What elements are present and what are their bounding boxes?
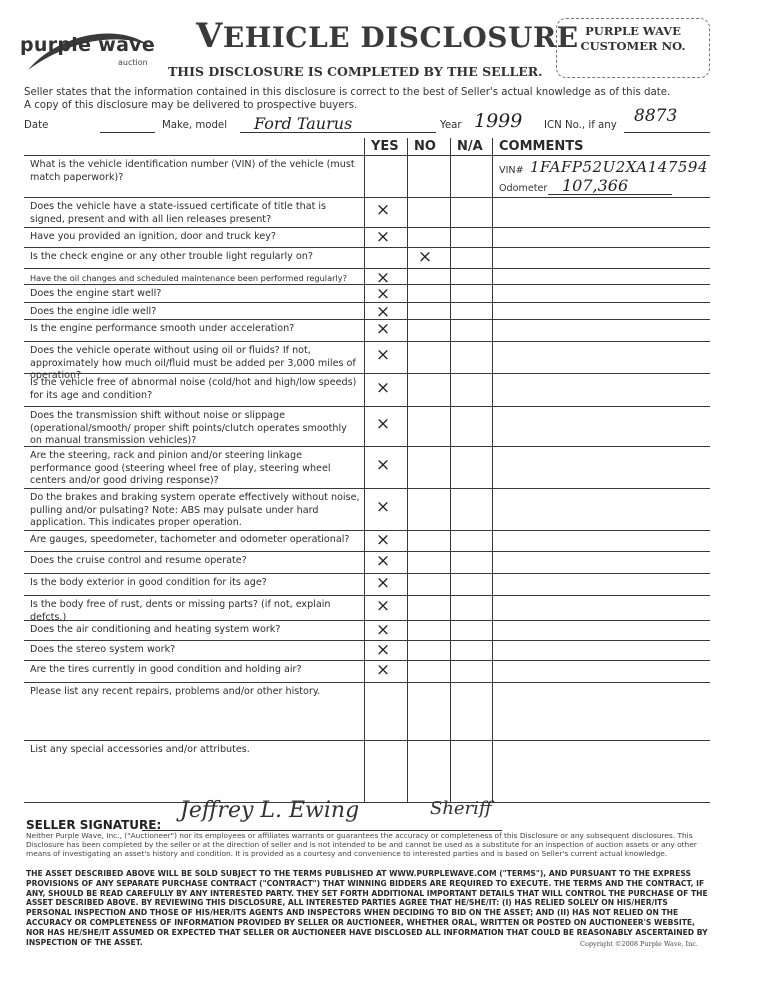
- row-divider: [24, 341, 710, 342]
- table-row-question: Please list any recent repairs, problems…: [30, 686, 360, 699]
- checkmark-yes[interactable]: ×: [368, 378, 398, 398]
- table-row-question: Does the engine start well?: [30, 288, 360, 301]
- checkmark-yes[interactable]: ×: [368, 640, 398, 660]
- checkmark-yes[interactable]: ×: [368, 660, 398, 680]
- checkmark-yes[interactable]: ×: [368, 573, 398, 593]
- row-divider: [24, 319, 710, 320]
- table-row-question: Does the vehicle have a state-issued cer…: [30, 201, 360, 226]
- table-row-question: Does the stereo system work?: [30, 644, 360, 657]
- table-row-question: Are gauges, speedometer, tachometer and …: [30, 534, 360, 547]
- table-row-question: Is the check engine or any other trouble…: [30, 251, 360, 264]
- row-divider: [24, 551, 710, 552]
- table-row-question: Does the cruise control and resume opera…: [30, 555, 360, 568]
- checkmark-yes[interactable]: ×: [368, 319, 398, 339]
- row-divider: [24, 530, 710, 531]
- odometer-value: 107,366: [548, 176, 628, 195]
- table-row-question: Does the air conditioning and heating sy…: [30, 624, 360, 637]
- customer-box-line1: PURPLE WAVE: [562, 24, 704, 39]
- table-row-question: Is the body exterior in good condition f…: [30, 577, 360, 590]
- table-row-question: Have you provided an ignition, door and …: [30, 231, 360, 244]
- checkmark-yes[interactable]: ×: [368, 620, 398, 640]
- icn-value: 8873: [624, 106, 677, 126]
- row-divider: [24, 247, 710, 248]
- customer-box-line2: CUSTOMER NO.: [562, 39, 704, 54]
- vin-value[interactable]: 1FAFP52U2XA147594: [530, 158, 708, 176]
- row-divider: [24, 155, 710, 156]
- terms-text: THE ASSET DESCRIBED ABOVE WILL BE SOLD S…: [26, 869, 716, 947]
- checkmark-yes[interactable]: ×: [368, 227, 398, 247]
- row-divider: [24, 488, 710, 489]
- table-row-question: Have the oil changes and scheduled maint…: [30, 272, 360, 285]
- make-model-label: Make, model: [162, 120, 227, 131]
- year-label: Year: [440, 120, 462, 131]
- customer-number-label: PURPLE WAVE CUSTOMER NO.: [562, 24, 704, 54]
- title-rest: EHICLE DISCLOSURE: [223, 21, 579, 54]
- table-row-question: List any special accessories and/or attr…: [30, 744, 360, 757]
- row-divider: [24, 682, 710, 683]
- row-divider: [24, 227, 710, 228]
- row-divider: [24, 595, 710, 596]
- checkmark-yes[interactable]: ×: [368, 200, 398, 220]
- seller-title-value: Sheriff: [430, 798, 492, 819]
- col-header-na: N/A: [457, 139, 483, 154]
- row-divider: [24, 640, 710, 641]
- row-divider: [24, 302, 710, 303]
- table-row-question: Are the steering, rack and pinion and/or…: [30, 450, 360, 488]
- date-label: Date: [24, 120, 48, 131]
- page-title: VEHICLE DISCLOSURE: [196, 16, 579, 56]
- row-divider: [24, 802, 710, 803]
- table-row-question: Is the engine performance smooth under a…: [30, 323, 360, 336]
- year-value[interactable]: 1999: [474, 110, 522, 132]
- table-row-question: Does the transmission shift without nois…: [30, 410, 360, 448]
- row-divider: [24, 573, 710, 574]
- column-divider: [407, 138, 408, 802]
- icn-field[interactable]: 8873: [624, 106, 710, 133]
- checkmark-yes[interactable]: ×: [368, 596, 398, 616]
- logo: purple wave: [20, 34, 155, 56]
- column-divider: [450, 138, 451, 802]
- table-row-question: Does the engine idle well?: [30, 306, 360, 319]
- col-header-yes: YES: [371, 139, 399, 154]
- seller-signature-value: Jeffrey L. Ewing: [180, 798, 359, 823]
- checkmark-yes[interactable]: ×: [368, 455, 398, 475]
- table-row-question: What is the vehicle identification numbe…: [30, 159, 360, 184]
- checkmark-yes[interactable]: ×: [368, 551, 398, 571]
- row-divider: [24, 660, 710, 661]
- checkmark-yes[interactable]: ×: [368, 345, 398, 365]
- icn-label: ICN No., if any: [544, 120, 617, 131]
- table-row-question: Do the brakes and braking system operate…: [30, 492, 360, 530]
- disclaimer-text: Neither Purple Wave, Inc., ("Auctioneer"…: [26, 831, 716, 858]
- seller-signature-label: SELLER SIGNATURE:: [26, 818, 161, 832]
- checkmark-yes[interactable]: ×: [368, 497, 398, 517]
- make-model-field[interactable]: Ford Taurus: [240, 114, 436, 133]
- column-divider: [364, 138, 365, 802]
- table-row-question: Is the vehicle free of abnormal noise (c…: [30, 377, 360, 402]
- row-divider: [24, 740, 710, 741]
- odometer-label: Odometer: [499, 183, 547, 194]
- checkmark-yes[interactable]: ×: [368, 414, 398, 434]
- column-divider: [492, 138, 493, 802]
- col-header-no: NO: [414, 139, 436, 154]
- make-model-value: Ford Taurus: [240, 114, 352, 133]
- row-divider: [24, 268, 710, 269]
- date-field[interactable]: [100, 120, 155, 133]
- odometer-field[interactable]: 107,366: [548, 176, 672, 195]
- logo-subtext: auction: [118, 58, 148, 67]
- vin-label: VIN#: [499, 165, 524, 176]
- col-header-comments: COMMENTS: [499, 139, 583, 154]
- copyright-text: Copyright ©2008 Purple Wave, Inc.: [580, 940, 698, 948]
- table-row-question: Is the body free of rust, dents or missi…: [30, 599, 360, 624]
- table-row-question: Are the tires currently in good conditio…: [30, 664, 360, 677]
- checkmark-yes[interactable]: ×: [368, 530, 398, 550]
- row-divider: [24, 197, 710, 198]
- page-subtitle: THIS DISCLOSURE IS COMPLETED BY THE SELL…: [168, 64, 543, 79]
- intro-line1: Seller states that the information conta…: [24, 86, 744, 99]
- checkmark-yes[interactable]: ×: [368, 284, 398, 304]
- row-divider: [24, 406, 710, 407]
- checkmark-no[interactable]: ×: [410, 247, 440, 267]
- title-initial: V: [196, 16, 223, 56]
